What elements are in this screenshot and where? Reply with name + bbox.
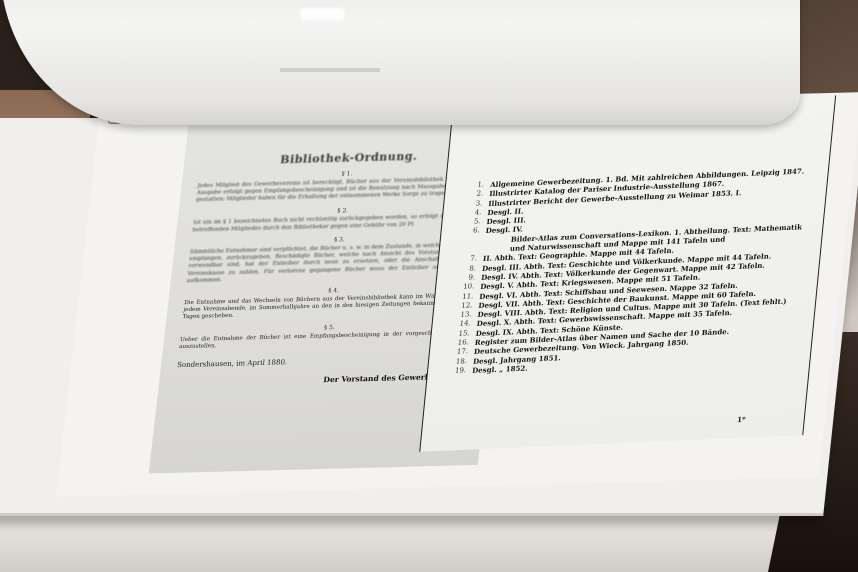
flipped-page[interactable] bbox=[0, 0, 800, 125]
catalog-list: 1.Allgemeine Gewerbezeitung. 1. Bd. Mit … bbox=[428, 96, 836, 378]
right-page: 1.Allgemeine Gewerbezeitung. 1. Bd. Mit … bbox=[419, 95, 836, 451]
light-glare bbox=[300, 8, 345, 20]
photo-scene: Bibliothek-Ordnung. § 1. Jedes Mitglied … bbox=[0, 0, 858, 572]
entry-number: 6. bbox=[459, 227, 486, 237]
printed-sheet: Bibliothek-Ordnung. § 1. Jedes Mitglied … bbox=[56, 92, 858, 497]
page-number: 1* bbox=[737, 415, 746, 424]
show-through-text bbox=[280, 68, 380, 72]
entry-number: 19. bbox=[446, 366, 473, 376]
